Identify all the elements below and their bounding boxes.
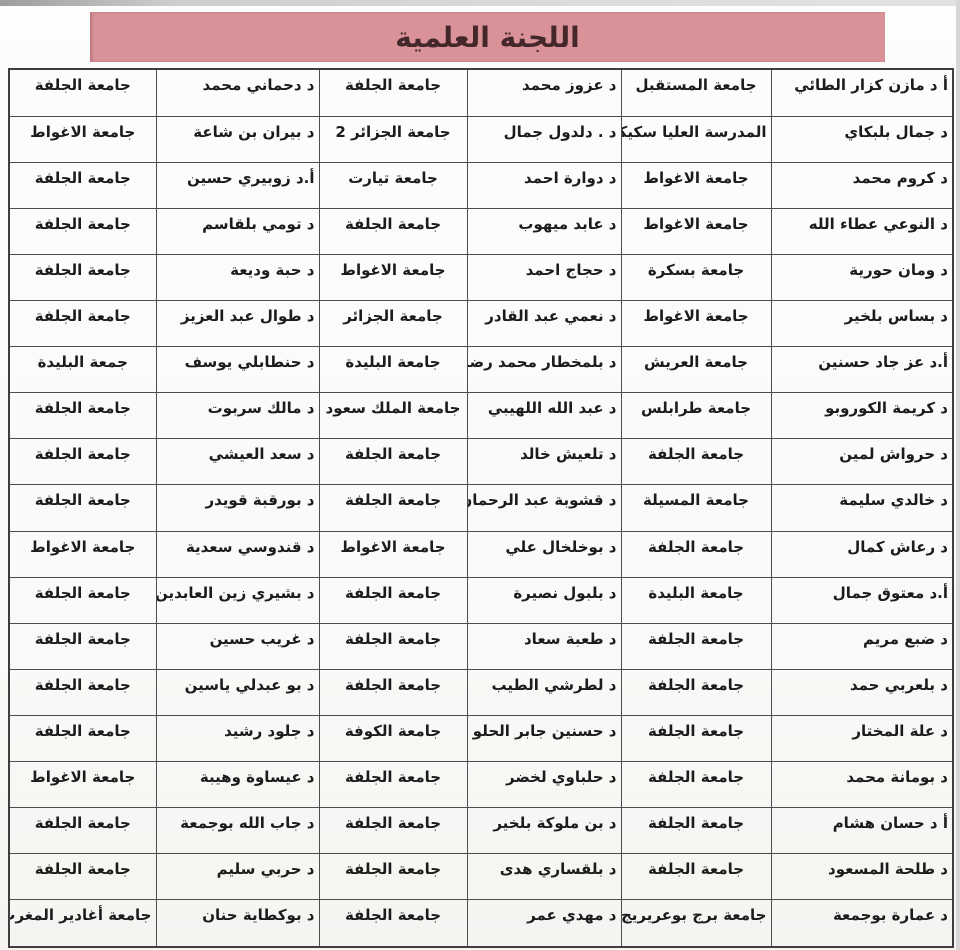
university-cell: جامعة برج بوعريريج (621, 900, 771, 947)
university-cell: جامعة الملك سعود (319, 393, 467, 439)
table-row: أ د مازن كزار الطائيجامعة المستقبلد عزوز… (9, 69, 953, 116)
university-cell: جامعة الجلفة (9, 623, 156, 669)
university-cell: جامعة الجلفة (319, 69, 467, 116)
university-cell: جامعة الجلفة (319, 762, 467, 808)
member-name-cell: د نعمي عبد القادر (467, 300, 621, 346)
university-cell: جامعة الجلفة (319, 439, 467, 485)
member-name-cell: د كروم محمد (771, 162, 953, 208)
university-cell: جامعة الجلفة (621, 854, 771, 900)
member-name-cell: د طلحة المسعود (771, 854, 953, 900)
member-name-cell: د خالدي سليمة (771, 485, 953, 531)
member-name-cell: د بوكطاية حنان (156, 900, 319, 947)
member-name-cell: د بلقساري هدى (467, 854, 621, 900)
member-name-cell: د بيران بن شاعة (156, 116, 319, 162)
university-cell: جامعة الجلفة (319, 669, 467, 715)
member-name-cell: د عابد ميهوب (467, 208, 621, 254)
member-name-cell: د حرواش لمين (771, 439, 953, 485)
university-cell: جامعة الجلفة (319, 623, 467, 669)
university-cell: جامعة الجلفة (9, 808, 156, 854)
member-name-cell: د قندوسي سعدية (156, 531, 319, 577)
member-name-cell: د بوخلخال علي (467, 531, 621, 577)
university-cell: جامعة الاغواط (9, 531, 156, 577)
member-name-cell: د دحماني محمد (156, 69, 319, 116)
member-name-cell: د لطرشي الطيب (467, 669, 621, 715)
table-row: د جمال بلبكايالمدرسة العليا سكيكدةد . دل… (9, 116, 953, 162)
member-name-cell: د حبة وديعة (156, 254, 319, 300)
university-cell: جامعة الجلفة (9, 439, 156, 485)
member-name-cell: د عبد الله اللهيبي (467, 393, 621, 439)
university-cell: جامعة الاغواط (621, 208, 771, 254)
member-name-cell: د قشوبة عبد الرحمان (467, 485, 621, 531)
university-cell: جامعة المستقبل (621, 69, 771, 116)
university-cell: جامعة الجلفة (9, 300, 156, 346)
table-row: د بساس بلخيرجامعة الاغواطد نعمي عبد القا… (9, 300, 953, 346)
table-row: د كريمة الكوروبوجامعة طرابلسد عبد الله ا… (9, 393, 953, 439)
member-name-cell: د بشيري زين العابدين (156, 577, 319, 623)
university-cell: جامعة الجزائر 2 (319, 116, 467, 162)
table-row: د طلحة المسعودجامعة الجلفةد بلقساري هدىج… (9, 854, 953, 900)
university-cell: جامعة الجلفة (9, 577, 156, 623)
member-name-cell: د بورقبة قويدر (156, 485, 319, 531)
member-name-cell: د حسنين جابر الحلو (467, 715, 621, 761)
university-cell: جامعة الجلفة (9, 715, 156, 761)
university-cell: جامعة الجلفة (319, 808, 467, 854)
member-name-cell: د سعد العيشي (156, 439, 319, 485)
university-cell: جامعة الاغواط (621, 300, 771, 346)
university-cell: جامعة المسيلة (621, 485, 771, 531)
table-row: د ومان حوريةجامعة بسكرةد حجاج احمدجامعة … (9, 254, 953, 300)
university-cell: جامعة أغادير المغرب (9, 900, 156, 947)
photo-right-edge (956, 0, 960, 950)
member-name-cell: د بلعربي حمد (771, 669, 953, 715)
member-name-cell: د تلعيش خالد (467, 439, 621, 485)
member-name-cell: د ضبع مريم (771, 623, 953, 669)
university-cell: جامعة طرابلس (621, 393, 771, 439)
table-row: د عمارة بوجمعةجامعة برج بوعريريجد مهدي ع… (9, 900, 953, 947)
member-name-cell: د طوال عبد العزيز (156, 300, 319, 346)
university-cell: جامعة البليدة (319, 347, 467, 393)
photo-top-edge (0, 0, 960, 6)
university-cell: جامعة الجلفة (9, 208, 156, 254)
university-cell: جامعة تيارت (319, 162, 467, 208)
member-name-cell: د مالك سربوت (156, 393, 319, 439)
member-name-cell: أ.د عز جاد حسنين (771, 347, 953, 393)
university-cell: جامعة الجلفة (9, 669, 156, 715)
table-row: د كروم محمدجامعة الاغواطد دوارة احمدجامع… (9, 162, 953, 208)
member-name-cell: د جاب الله بوجمعة (156, 808, 319, 854)
member-name-cell: أ.د معتوق جمال (771, 577, 953, 623)
member-name-cell: د مهدي عمر (467, 900, 621, 947)
university-cell: جامعة الجلفة (319, 208, 467, 254)
university-cell: المدرسة العليا سكيكدة (621, 116, 771, 162)
university-cell: جامعة العريش (621, 347, 771, 393)
member-name-cell: د حنطابلي يوسف (156, 347, 319, 393)
table-row: د النوعي عطاء اللهجامعة الاغواطد عابد مي… (9, 208, 953, 254)
member-name-cell: د غريب حسين (156, 623, 319, 669)
member-name-cell: أ.د زوبيري حسين (156, 162, 319, 208)
university-cell: جامعة الجلفة (9, 485, 156, 531)
member-name-cell: د حجاج احمد (467, 254, 621, 300)
university-cell: جامعة الاغواط (319, 531, 467, 577)
member-name-cell: د حلباوي لخضر (467, 762, 621, 808)
page-title: اللجنة العلمية (395, 21, 579, 54)
member-name-cell: د علة المختار (771, 715, 953, 761)
university-cell: جامعة الجلفة (9, 254, 156, 300)
university-cell: جامعة الجلفة (621, 762, 771, 808)
university-cell: جامعة الجلفة (621, 439, 771, 485)
university-cell: جامعة الجلفة (621, 808, 771, 854)
university-cell: جامعة الجلفة (319, 900, 467, 947)
university-cell: جامعة البليدة (621, 577, 771, 623)
member-name-cell: د عمارة بوجمعة (771, 900, 953, 947)
member-name-cell: د تومي بلقاسم (156, 208, 319, 254)
member-name-cell: د دوارة احمد (467, 162, 621, 208)
member-name-cell: د النوعي عطاء الله (771, 208, 953, 254)
member-name-cell: د طعبة سعاد (467, 623, 621, 669)
table-row: أ د حسان هشامجامعة الجلفةد بن ملوكة بلخي… (9, 808, 953, 854)
table-row: د ضبع مريمجامعة الجلفةد طعبة سعادجامعة ا… (9, 623, 953, 669)
university-cell: جامعة الجلفة (319, 854, 467, 900)
member-name-cell: د . دلدول جمال (467, 116, 621, 162)
table-row: د علة المختارجامعة الجلفةد حسنين جابر ال… (9, 715, 953, 761)
member-name-cell: د بلمخطار محمد رضا (467, 347, 621, 393)
member-name-cell: د عزوز محمد (467, 69, 621, 116)
university-cell: جامعة الاغواط (319, 254, 467, 300)
member-name-cell: د جمال بلبكاي (771, 116, 953, 162)
member-name-cell: د بساس بلخير (771, 300, 953, 346)
university-cell: جامعة الاغواط (621, 162, 771, 208)
university-cell: جامعة الجلفة (9, 69, 156, 116)
university-cell: جامعة بسكرة (621, 254, 771, 300)
member-name-cell: د ومان حورية (771, 254, 953, 300)
member-name-cell: د بو عبدلي ياسين (156, 669, 319, 715)
member-name-cell: د بن ملوكة بلخير (467, 808, 621, 854)
university-cell: جامعة الجلفة (9, 393, 156, 439)
university-cell: جامعة الجلفة (621, 669, 771, 715)
table-row: د بلعربي حمدجامعة الجلفةد لطرشي الطيبجام… (9, 669, 953, 715)
title-banner: اللجنة العلمية (90, 12, 885, 62)
university-cell: جامعة الجلفة (9, 162, 156, 208)
table-row: أ.د معتوق جمالجامعة البليدةد بلبول نصيرة… (9, 577, 953, 623)
member-name-cell: د عيساوة وهيبة (156, 762, 319, 808)
member-name-cell: د كريمة الكوروبو (771, 393, 953, 439)
document-page: اللجنة العلمية أ د مازن كزار الطائيجامعة… (0, 0, 960, 950)
table-row: أ.د عز جاد حسنينجامعة العريشد بلمخطار مح… (9, 347, 953, 393)
university-cell: جمعة البليدة (9, 347, 156, 393)
table-row: د بومانة محمدجامعة الجلفةد حلباوي لخضرجا… (9, 762, 953, 808)
university-cell: جامعة الاغواط (9, 762, 156, 808)
university-cell: جامعة الجلفة (621, 623, 771, 669)
member-name-cell: د حربي سليم (156, 854, 319, 900)
table-row: د حرواش لمينجامعة الجلفةد تلعيش خالدجامع… (9, 439, 953, 485)
university-cell: جامعة الاغواط (9, 116, 156, 162)
committee-table-body: أ د مازن كزار الطائيجامعة المستقبلد عزوز… (9, 69, 953, 947)
member-name-cell: د بومانة محمد (771, 762, 953, 808)
member-name-cell: د جلود رشيد (156, 715, 319, 761)
table-row: د خالدي سليمةجامعة المسيلةد قشوبة عبد ال… (9, 485, 953, 531)
committee-table: أ د مازن كزار الطائيجامعة المستقبلد عزوز… (8, 68, 954, 948)
university-cell: جامعة الجلفة (621, 531, 771, 577)
university-cell: جامعة الكوفة (319, 715, 467, 761)
member-name-cell: د بلبول نصيرة (467, 577, 621, 623)
university-cell: جامعة الجلفة (319, 577, 467, 623)
member-name-cell: أ د حسان هشام (771, 808, 953, 854)
university-cell: جامعة الجزائر (319, 300, 467, 346)
table-row: د رعاش كمالجامعة الجلفةد بوخلخال عليجامع… (9, 531, 953, 577)
university-cell: جامعة الجلفة (9, 854, 156, 900)
member-name-cell: د رعاش كمال (771, 531, 953, 577)
university-cell: جامعة الجلفة (319, 485, 467, 531)
member-name-cell: أ د مازن كزار الطائي (771, 69, 953, 116)
university-cell: جامعة الجلفة (621, 715, 771, 761)
